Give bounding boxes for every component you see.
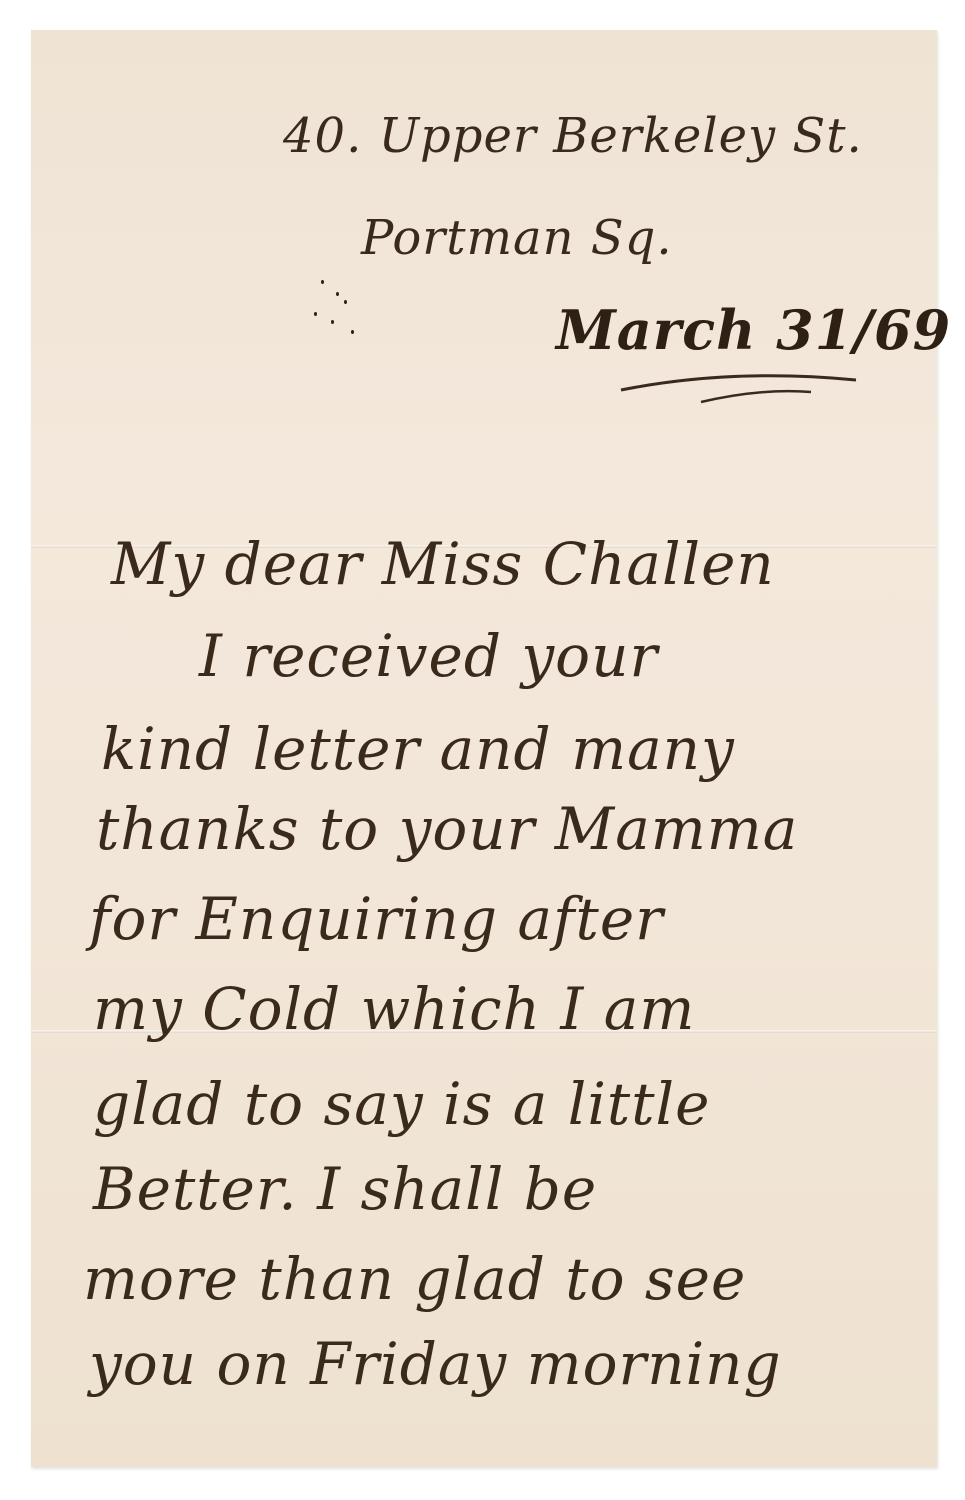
date-underline-flourish bbox=[611, 360, 891, 410]
letter-date: March 31/69 bbox=[556, 298, 951, 362]
body-line-8: more than glad to see bbox=[83, 1245, 746, 1313]
body-line-7: Better. I shall be bbox=[93, 1155, 597, 1223]
body-line-9: you on Friday morning bbox=[89, 1330, 782, 1398]
body-line-5: my Cold which I am bbox=[93, 975, 695, 1043]
body-line-3: thanks to your Mamma bbox=[96, 795, 798, 863]
body-line-2: kind letter and many bbox=[101, 715, 735, 783]
address-line-1: 40. Upper Berkeley St. bbox=[283, 108, 863, 164]
address-line-2: Portman Sq. bbox=[361, 210, 673, 266]
body-line-1: I received your bbox=[199, 622, 658, 690]
salutation: My dear Miss Challen bbox=[111, 530, 775, 598]
letter-page: 40. Upper Berkeley St. Portman Sq. March… bbox=[31, 30, 937, 1467]
body-line-6: glad to say is a little bbox=[93, 1070, 710, 1138]
body-line-4: for Enquiring after bbox=[89, 885, 664, 953]
